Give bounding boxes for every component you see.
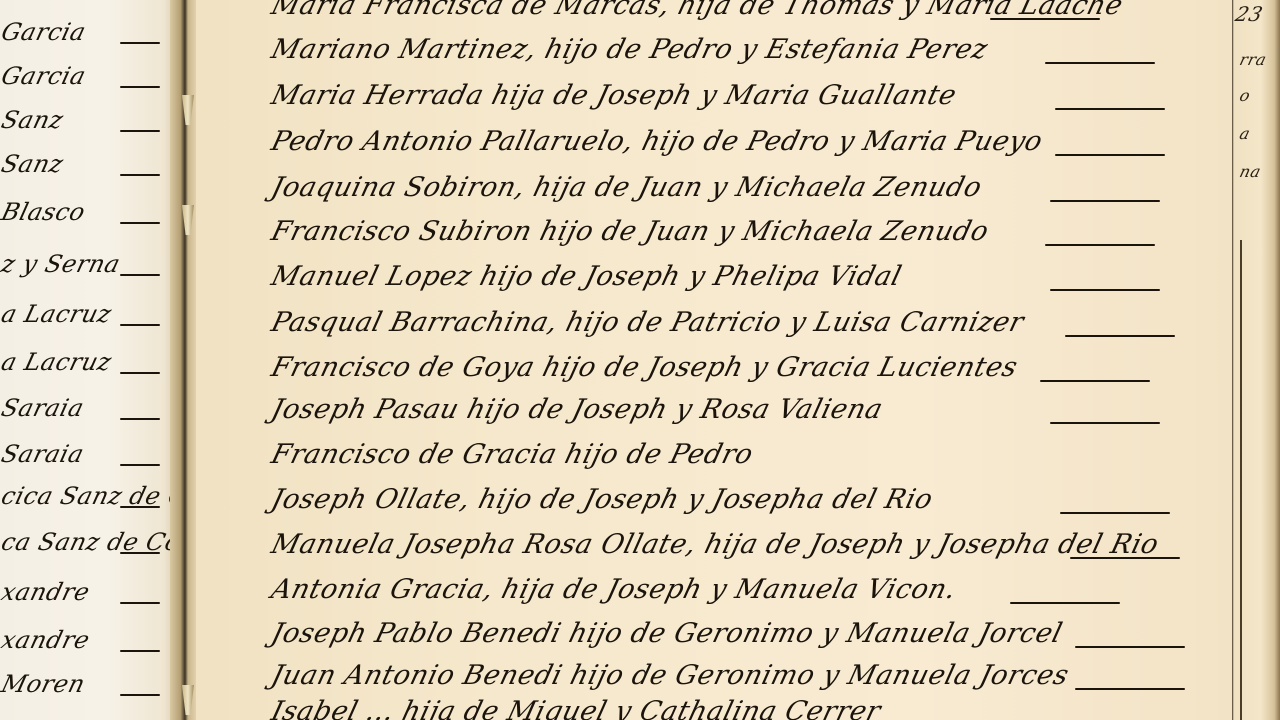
entry-terminator-line [120, 86, 160, 88]
entry-terminator-line [120, 324, 160, 326]
entry-terminator-line [120, 130, 160, 132]
entry-terminator-line [120, 552, 160, 554]
left-register-entry: Saraia [0, 440, 87, 468]
entry-terminator-line [1055, 108, 1165, 110]
entry-terminator-line [120, 650, 160, 652]
register-entry: Juan Antonio Benedi hijo de Geronimo y M… [268, 660, 1072, 691]
left-register-entry: Sanz [0, 106, 66, 134]
entry-terminator-line [1050, 422, 1160, 424]
entry-terminator-line [1055, 154, 1165, 156]
entry-terminator-line [1050, 200, 1160, 202]
entry-terminator-line [1075, 688, 1185, 690]
entry-terminator-line [1065, 335, 1175, 337]
register-entry: Pedro Antonio Pallaruelo, hijo de Pedro … [268, 126, 1046, 157]
left-register-entry: Moren [0, 670, 88, 698]
left-page: GarciaGarciaSanzSanzBlascoz y Sernaa Lac… [0, 0, 178, 720]
entry-terminator-line [120, 694, 160, 696]
register-entry: Joseph Ollate, hijo de Joseph y Josepha … [268, 484, 936, 515]
register-entry: Joseph Pasau hijo de Joseph y Rosa Valie… [268, 394, 886, 425]
left-register-entry: a Lacruz [0, 300, 115, 328]
entry-terminator-line [120, 418, 160, 420]
register-entry: Maria Herrada hija de Joseph y Maria Gua… [268, 80, 960, 111]
register-entry: Francisco de Gracia hijo de Pedro [268, 439, 756, 470]
entry-terminator-line [120, 174, 160, 176]
left-register-entry: Saraia [0, 394, 87, 422]
entry-terminator-line [120, 274, 160, 276]
register-entry: Joaquina Sobiron, hija de Juan y Michael… [268, 172, 985, 203]
entry-terminator-line [120, 222, 160, 224]
register-entry: Isabel ... hija de Miguel y Cathalina Ce… [268, 696, 884, 720]
register-entry: Antonia Gracia, hija de Joseph y Manuela… [268, 574, 959, 605]
entry-terminator-line [120, 372, 160, 374]
entry-terminator-line [1050, 289, 1160, 291]
register-entry: Mariano Martinez, hijo de Pedro y Estefa… [268, 34, 991, 65]
left-register-entry: Garcia [0, 18, 89, 46]
register-entry: Manuel Lopez hijo de Joseph y Phelipa Vi… [268, 261, 905, 292]
left-register-entry: Garcia [0, 62, 89, 90]
left-register-entry: a Lacruz [0, 348, 115, 376]
register-entry: Francisco de Goya hijo de Joseph y Graci… [268, 352, 1021, 383]
register-entry: Pasqual Barrachina, hijo de Patricio y L… [268, 307, 1027, 338]
page-edge-line [1240, 240, 1242, 720]
entry-terminator-line [1070, 557, 1180, 559]
entry-terminator-line [1060, 512, 1170, 514]
entry-terminator-line [1045, 244, 1155, 246]
entry-terminator-line [990, 18, 1100, 20]
left-register-entry: xandre [0, 626, 93, 654]
entry-terminator-line [120, 464, 160, 466]
entry-terminator-line [120, 506, 160, 508]
entry-terminator-line [1010, 602, 1120, 604]
entry-terminator-line [1045, 62, 1155, 64]
register-entry: Manuela Josepha Rosa Ollate, hija de Jos… [268, 529, 1162, 560]
left-register-entry: Sanz [0, 150, 66, 178]
left-register-entry: Blasco [0, 198, 88, 226]
left-register-entry: z y Serna [0, 250, 123, 278]
entry-terminator-line [120, 42, 160, 44]
entry-terminator-line [120, 602, 160, 604]
edge-fragment: rra [1238, 50, 1269, 69]
register-entry: Francisco Subiron hijo de Juan y Michael… [268, 216, 992, 247]
register-entry: Joseph Pablo Benedi hijo de Geronimo y M… [268, 618, 1066, 649]
entry-terminator-line [1040, 380, 1150, 382]
entry-terminator-line [1075, 646, 1185, 648]
left-register-entry: xandre [0, 578, 93, 606]
